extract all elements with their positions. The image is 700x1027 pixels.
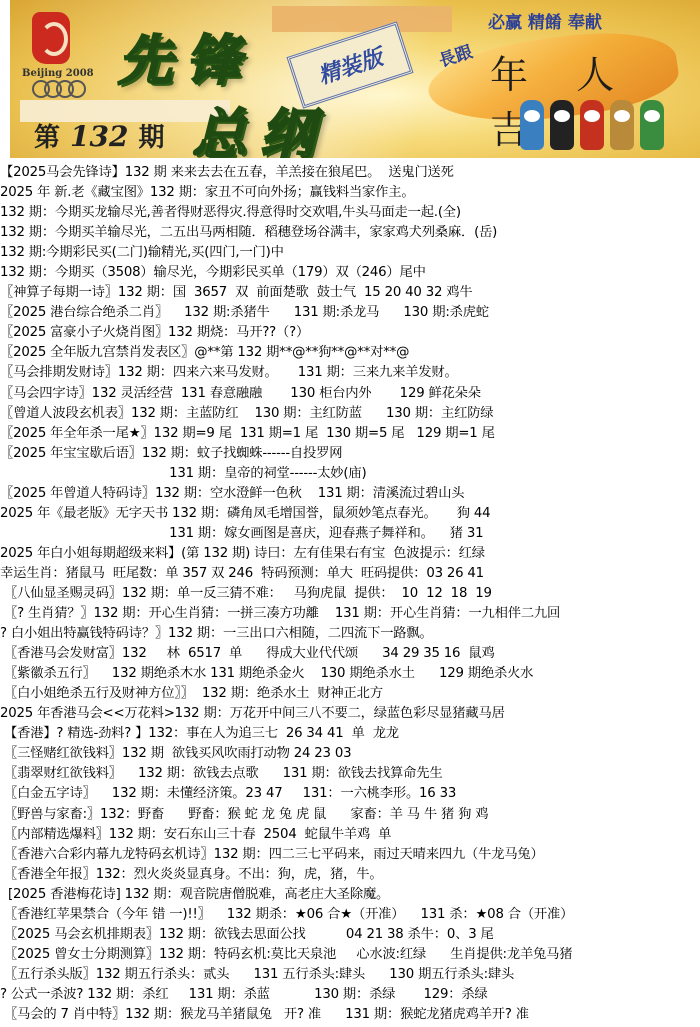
title-line-1: 先锋: [118, 18, 254, 95]
text-line: 〖2025 曾女士分期测算〗132 期：特码玄机:莫比天泉池 心水波:红绿 生肖…: [0, 945, 700, 965]
text-line: 【香港】? 精选-劲料? 】132：事在人为追三七 26 34 41 单 龙龙: [0, 724, 700, 744]
text-line: 〖2025 全年版九宫禁肖发表区〗@**第 132 期**@**狗**@**对*…: [0, 343, 700, 363]
olympic-rings-icon: [32, 80, 92, 102]
redacted-bar-top: [272, 6, 452, 32]
issue-number: 第132期: [34, 117, 164, 154]
text-line: 131 期：皇帝的祠堂------太妙(庙): [0, 464, 700, 484]
text-line: 132 期：今期买（3508）输尽光，今期彩民买单（179）双（246）尾中: [0, 263, 700, 283]
ring-icon: [68, 80, 86, 98]
text-line: 〖2025 年曾道人特码诗〗132 期：空水澄鲜一色秋 131 期：清溪流过碧山…: [0, 484, 700, 504]
text-line: ? 公式一杀波? 132 期：杀红 131 期：杀蓝 130 期：杀绿 129：…: [0, 985, 700, 1005]
text-line: 〖马会排期发财诗〗132 期：四来六来马发财。 131 期：三来九来羊发财。: [0, 363, 700, 383]
mascot-icon: [520, 100, 544, 150]
text-line: 〖香港六合彩内幕九龙特码玄机诗〗132 期：四二三七平码来，雨过天晴来四九（牛龙…: [0, 845, 700, 865]
text-line: 〖马会的 7 肖中特〗132 期：猴龙马羊猪鼠兔 开? 准 131 期：猴蛇龙猪…: [0, 1005, 700, 1025]
text-line: 【2025马会先锋诗】132 期 来来去去在五春，羊羔接在狼尾巴。 送鬼门送死: [0, 163, 700, 183]
issue-prefix: 第: [34, 123, 60, 153]
text-line: 2025 年 新.老《藏宝图》132 期：家丑不可向外扬；赢钱料当家作主。: [0, 183, 700, 203]
text-line: 〖紫徽杀五行〗 132 期绝杀木水 131 期绝杀金火 130 期绝杀水土 12…: [0, 664, 700, 684]
mascot-icon: [580, 100, 604, 150]
text-line: 〖白小姐绝杀五行及财神方位〗〗 132 期：绝杀水土 财神正北方: [0, 684, 700, 704]
text-line: 2025 年白小姐每期超级来料】(第 132 期) 诗曰：左有佳果右有宝 色波提…: [0, 544, 700, 564]
text-line: 〖香港马会发财富〗132 林 6517 单 得成大业代代颂 34 29 35 1…: [0, 644, 700, 664]
mascot-icon: [640, 100, 664, 150]
issue-suffix: 期: [138, 123, 164, 153]
text-line: 〖? 生肖猜？〗132 期：开心生肖猜：一拼三凑方功離 131 期：开心生肖猜：…: [0, 604, 700, 624]
text-line: 幸运生肖：猪鼠马 旺尾数：单 357 双 246 特码预测：单大 旺码提供：03…: [0, 564, 700, 584]
text-line: 〖五行杀头版〗132 期五行杀头：贰头 131 五行杀头:肆头 130 期五行杀…: [0, 965, 700, 985]
mascots: [520, 100, 664, 150]
text-line: 2025 年《最老版》无字天书 132 期：磷角凤毛增国誉，鼠须妙笔点春光。 狗…: [0, 504, 700, 524]
text-line: 〖2025 年全年杀一尾★〗132 期=9 尾 131 期=1 尾 130 期=…: [0, 424, 700, 444]
text-line: 132 期：今期买羊输尽光，二五出马两相随．稻穗登场谷满丰，家家鸡犬列桑麻．(岳…: [0, 223, 700, 243]
text-line: 〖神算子每期一诗〗132 期：国 3657 双 前面楚歌 鼓士气 15 20 4…: [0, 283, 700, 303]
mascot-icon: [550, 100, 574, 150]
olympic-logo-text: Beijing 2008: [22, 68, 94, 79]
text-line: 131 期：嫁女画图是喜庆，迎春燕子舞祥和。 猪 31: [0, 524, 700, 544]
text-line: 〖2025 港台综合绝杀二肖〗 132 期:杀猪牛 131 期:杀龙马 130 …: [0, 303, 700, 323]
text-line: 2025 年香港马会<<万花料>132 期：万花开中间三八不要二，绿蓝色彩尽显猪…: [0, 704, 700, 724]
text-line: ? 白小姐出特赢钱特码诗？〗132 期：一三出口六相随，二四流下一路飘。: [0, 624, 700, 644]
text-line: 〖内部精选爆料〗132 期：安石东山三十春 2504 蛇鼠牛羊鸡 单: [0, 825, 700, 845]
text-line: 〖2025 富豪小子火烧肖图〗132 期烧：马开??（?）: [0, 323, 700, 343]
text-line: 〖曾道人波段玄机表〗132 期：主蓝防红 130 期：主红防蓝 130 期：主红…: [0, 404, 700, 424]
text-line: 〖翡翠财红欲钱料〗 132 期：欲钱去点歌 131 期：欲钱去找算命先生: [0, 764, 700, 784]
text-line: 〖马会四字诗〗132 灵活经营 131 春意融融 130 柜台内外 129 鲜花…: [0, 384, 700, 404]
text-line: 〖野兽与家畜:〗132：野畜 野畜：猴 蛇 龙 兔 虎 鼠 家畜：羊 马 牛 猪…: [0, 805, 700, 825]
mascot-icon: [610, 100, 634, 150]
text-line: [2025 香港梅花诗] 132 期：观音院唐僧脱难，高老庄大圣除魔。: [0, 885, 700, 905]
text-line: 〖2025 马会玄机排期表〗132 期：欲钱去思面公找 04 21 38 杀牛：…: [0, 925, 700, 945]
text-line: 〖白金五字诗〗 132 期：未懂经济策。23 47 131：一六桃李形。16 3…: [0, 784, 700, 804]
text-line: 〖八仙显圣赐灵码〗132 期：单一反三猜不难： 马狗虎鼠 提供： 10 12 1…: [0, 584, 700, 604]
slogan-top: 必赢 精餚 奉献: [488, 8, 602, 33]
issue-value: 132: [70, 120, 128, 153]
header-banner: Beijing 2008 第132期 先锋 总纲 精装版 必赢 精餚 奉献 長跟…: [10, 0, 700, 158]
text-line: 〖三怪赌红欲钱料〗132 期 欲钱买风吹雨打动物 24 23 03: [0, 744, 700, 764]
text-line: 〖香港全年报〗132：烈火炎炎显真身。不出：狗，虎，猪，牛。: [0, 865, 700, 885]
prediction-text-list: 【2025马会先锋诗】132 期 来来去去在五春，羊羔接在狼尾巴。 送鬼门送死 …: [0, 163, 700, 1025]
text-line: 132 期：今期买龙输尽光,善者得财恶得灾.得意得时交欢唱,牛头马面走一起.(全…: [0, 203, 700, 223]
text-line: 132 期:今期彩民买(二门)输精光,买(四门,一门)中: [0, 243, 700, 263]
text-line: 〖2025 年宝宝歇后语〗132 期：蚊子找蜘蛛------自投罗网: [0, 444, 700, 464]
text-line: 〖香港红苹果禁合（今年 错 一)!!〗 132 期杀：★06 合★（开准） 13…: [0, 905, 700, 925]
olympic-emblem-icon: [32, 12, 70, 64]
